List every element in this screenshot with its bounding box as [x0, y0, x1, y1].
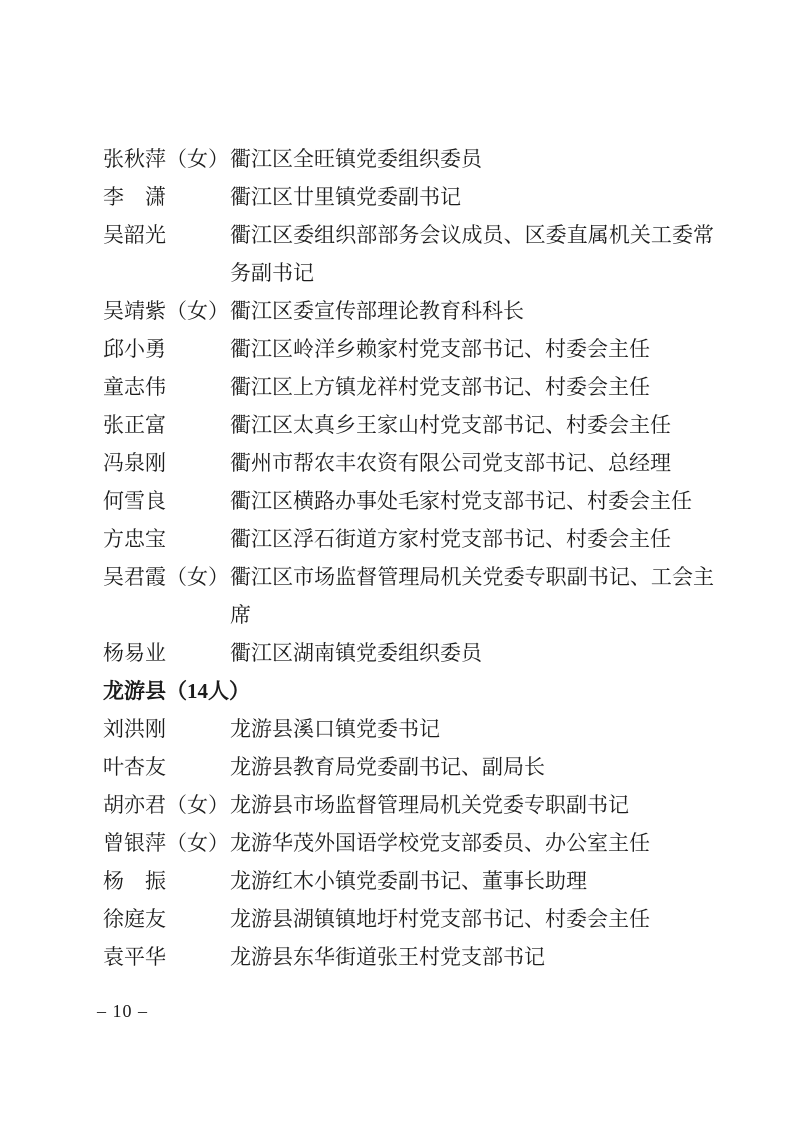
roster-entry: 胡亦君（女） 龙游县市场监督管理局机关党委专职副书记 [103, 786, 714, 824]
roster-entry: 杨易业 衢江区湖南镇党委组织委员 [103, 634, 714, 672]
page-number: – 10 – [97, 1000, 148, 1022]
roster-entry: 张正富 衢江区太真乡王家山村党支部书记、村委会主任 [103, 406, 714, 444]
roster-entry: 刘洪刚 龙游县溪口镇党委书记 [103, 710, 714, 748]
person-position: 衢江区委组织部部务会议成员、区委直属机关工委常务副书记 [230, 216, 714, 292]
document-page: 张秋萍（女） 衢江区全旺镇党委组织委员 李 潇 衢江区廿里镇党委副书记 吴韶光 … [0, 0, 794, 1123]
person-name: 何雪良 [103, 482, 230, 520]
person-position: 龙游县教育局党委副书记、副局长 [230, 748, 714, 786]
roster-entry: 吴靖紫（女） 衢江区委宣传部理论教育科科长 [103, 292, 714, 330]
person-position: 龙游华茂外国语学校党支部委员、办公室主任 [230, 824, 714, 862]
roster-entry: 何雪良 衢江区横路办事处毛家村党支部书记、村委会主任 [103, 482, 714, 520]
person-name: 张正富 [103, 406, 230, 444]
person-name: 张秋萍（女） [103, 140, 230, 178]
roster-entry: 童志伟 衢江区上方镇龙祥村党支部书记、村委会主任 [103, 368, 714, 406]
person-position: 衢江区浮石街道方家村党支部书记、村委会主任 [230, 520, 714, 558]
roster-entry: 吴韶光 衢江区委组织部部务会议成员、区委直属机关工委常务副书记 [103, 216, 714, 292]
roster-entry: 叶杏友 龙游县教育局党委副书记、副局长 [103, 748, 714, 786]
person-position: 衢江区市场监督管理局机关党委专职副书记、工会主席 [230, 558, 714, 634]
person-position: 衢江区横路办事处毛家村党支部书记、村委会主任 [230, 482, 714, 520]
person-position: 龙游县湖镇镇地圩村党支部书记、村委会主任 [230, 900, 714, 938]
person-name: 李 潇 [103, 178, 230, 216]
roster-entry: 张秋萍（女） 衢江区全旺镇党委组织委员 [103, 140, 714, 178]
person-position: 龙游红木小镇党委副书记、董事长助理 [230, 862, 714, 900]
person-position: 衢江区廿里镇党委副书记 [230, 178, 714, 216]
roster-entry: 方忠宝 衢江区浮石街道方家村党支部书记、村委会主任 [103, 520, 714, 558]
person-position: 衢江区太真乡王家山村党支部书记、村委会主任 [230, 406, 714, 444]
roster-entry: 徐庭友 龙游县湖镇镇地圩村党支部书记、村委会主任 [103, 900, 714, 938]
person-position: 衢江区全旺镇党委组织委员 [230, 140, 714, 178]
person-name: 吴靖紫（女） [103, 292, 230, 330]
section-header: 龙游县（14人） [103, 672, 714, 710]
person-name: 杨 振 [103, 862, 230, 900]
person-name: 吴韶光 [103, 216, 230, 292]
roster-entry: 杨 振 龙游红木小镇党委副书记、董事长助理 [103, 862, 714, 900]
person-position: 龙游县东华街道张王村党支部书记 [230, 938, 714, 976]
person-name: 刘洪刚 [103, 710, 230, 748]
person-name: 童志伟 [103, 368, 230, 406]
person-position: 衢江区岭洋乡赖家村党支部书记、村委会主任 [230, 330, 714, 368]
person-position: 龙游县市场监督管理局机关党委专职副书记 [230, 786, 714, 824]
person-name: 叶杏友 [103, 748, 230, 786]
person-position: 衢江区委宣传部理论教育科科长 [230, 292, 714, 330]
person-position: 衢州市帮农丰农资有限公司党支部书记、总经理 [230, 444, 714, 482]
person-name: 吴君霞（女） [103, 558, 230, 634]
roster-entry: 袁平华 龙游县东华街道张王村党支部书记 [103, 938, 714, 976]
person-name: 曾银萍（女） [103, 824, 230, 862]
roster-entry: 邱小勇 衢江区岭洋乡赖家村党支部书记、村委会主任 [103, 330, 714, 368]
roster-entry: 吴君霞（女） 衢江区市场监督管理局机关党委专职副书记、工会主席 [103, 558, 714, 634]
person-position: 龙游县溪口镇党委书记 [230, 710, 714, 748]
person-name: 方忠宝 [103, 520, 230, 558]
roster-entry: 冯泉刚 衢州市帮农丰农资有限公司党支部书记、总经理 [103, 444, 714, 482]
roster-list: 张秋萍（女） 衢江区全旺镇党委组织委员 李 潇 衢江区廿里镇党委副书记 吴韶光 … [103, 140, 714, 976]
person-name: 杨易业 [103, 634, 230, 672]
person-name: 胡亦君（女） [103, 786, 230, 824]
roster-entry: 曾银萍（女） 龙游华茂外国语学校党支部委员、办公室主任 [103, 824, 714, 862]
roster-entry: 李 潇 衢江区廿里镇党委副书记 [103, 178, 714, 216]
person-name: 袁平华 [103, 938, 230, 976]
person-position: 衢江区湖南镇党委组织委员 [230, 634, 714, 672]
person-name: 冯泉刚 [103, 444, 230, 482]
person-name: 邱小勇 [103, 330, 230, 368]
person-position: 衢江区上方镇龙祥村党支部书记、村委会主任 [230, 368, 714, 406]
person-name: 徐庭友 [103, 900, 230, 938]
